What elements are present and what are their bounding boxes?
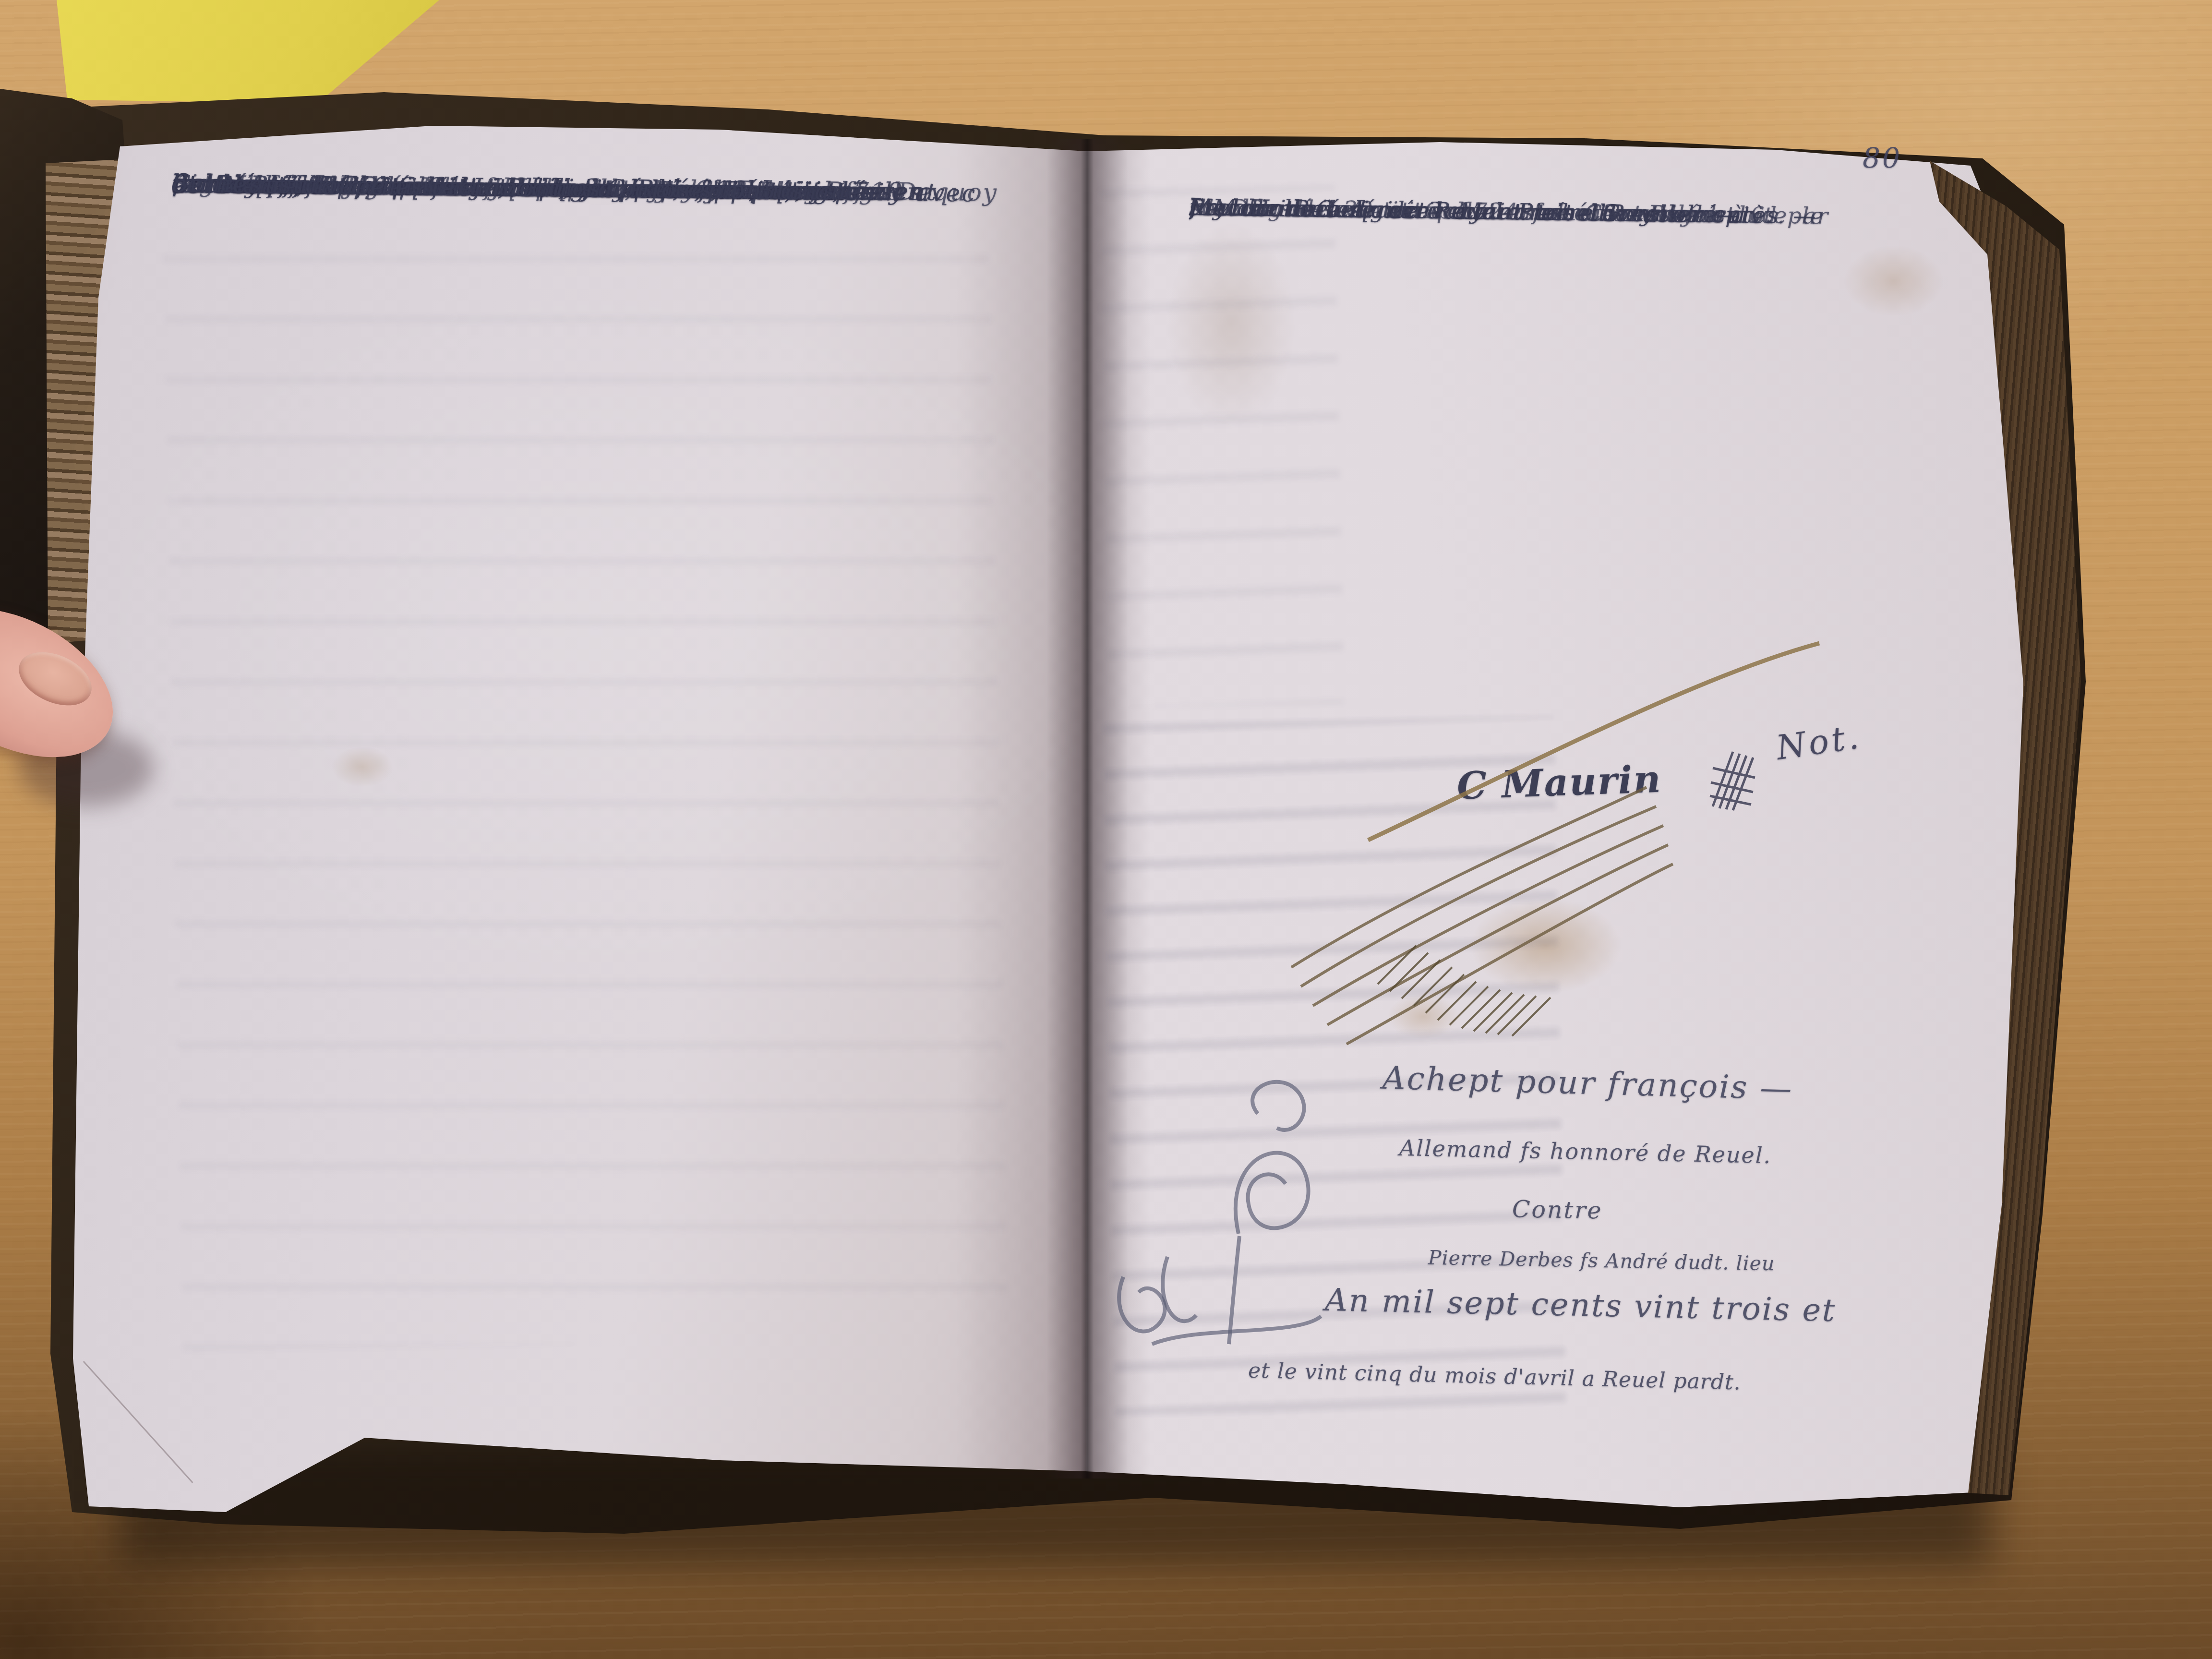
thumb-holding-page — [0, 590, 163, 926]
manuscript-line: foy du tout signé — [1189, 180, 1416, 239]
manuscript-line: Signés sur la minute Jhonnorat, Joseph B… — [172, 154, 834, 222]
left-page-text-block: ledt. noffe et temoins en louis, d'or, E… — [159, 154, 1075, 1459]
folio-page-number: 80 — [1863, 142, 1902, 174]
pen-flourish-plume — [1224, 614, 1920, 1118]
record-versus: Contre — [1512, 1195, 1603, 1224]
photo-of-manuscript: ledt. noffe et temoins en louis, d'or, E… — [0, 0, 2212, 1659]
marginal-paraph — [1094, 1075, 1363, 1373]
